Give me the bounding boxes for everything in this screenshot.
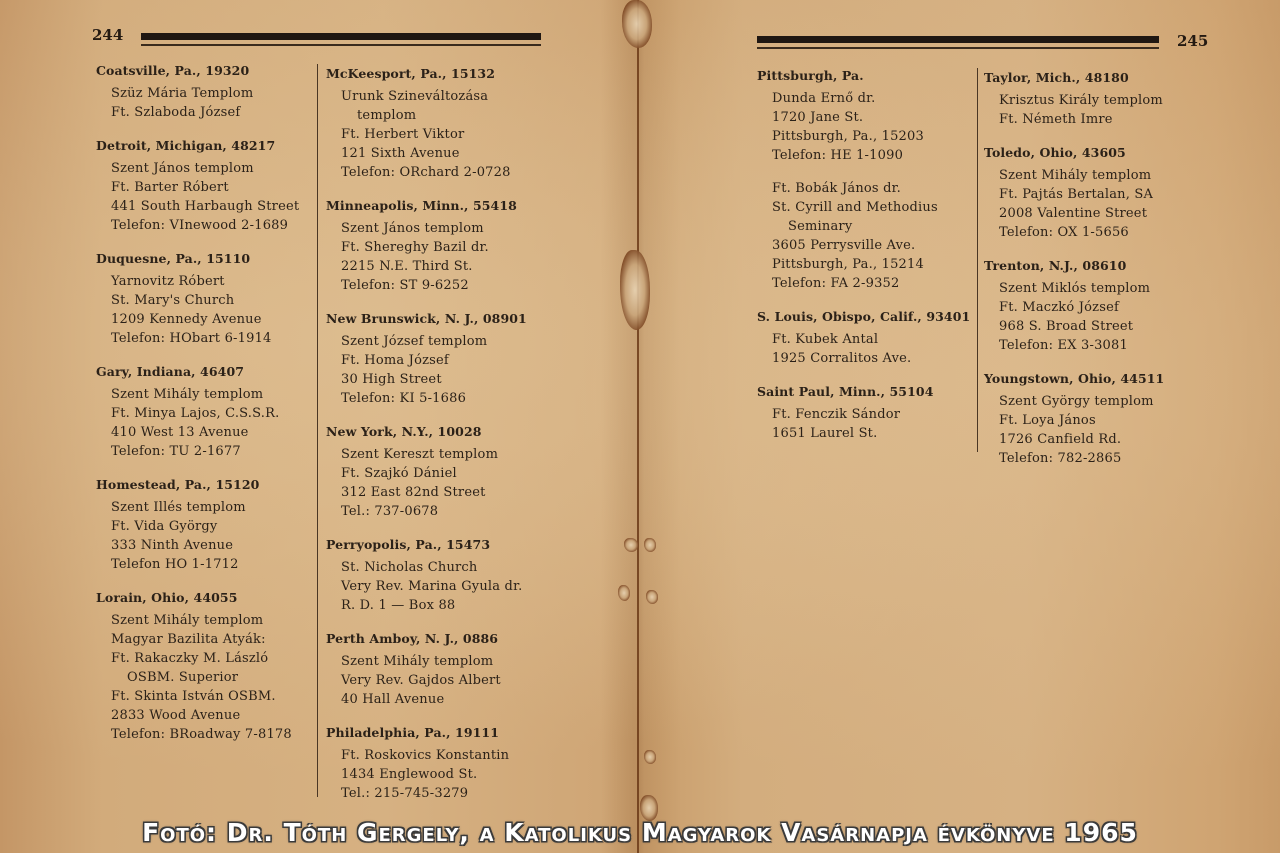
directory-entry: Trenton, N.J., 08610Szent Miklós templom… xyxy=(984,256,1207,355)
directory-entry: Saint Paul, Minn., 55104Ft. Fenczik Sánd… xyxy=(757,382,977,443)
entry-city-heading: Gary, Indiana, 46407 xyxy=(96,362,316,381)
directory-entry: Duquesne, Pa., 15110Yarnovitz RóbertSt. … xyxy=(96,249,316,348)
entry-detail-line: Telefon: FA 2-9352 xyxy=(757,274,977,293)
entry-city-heading: Philadelphia, Pa., 19111 xyxy=(326,723,557,742)
entry-detail-line: Telefon: 782-2865 xyxy=(984,449,1207,468)
entry-detail-line: Szent György templom xyxy=(984,392,1207,411)
tear-mark xyxy=(624,538,638,552)
entry-detail-line: Telefon: VInewood 2-1689 xyxy=(96,216,316,235)
entry-detail-line: Szent Mihály templom xyxy=(96,611,316,630)
directory-entry: Gary, Indiana, 46407Szent Mihály templom… xyxy=(96,362,316,461)
entry-city-heading: New York, N.Y., 10028 xyxy=(326,422,557,441)
entry-detail-line: 1720 Jane St. xyxy=(757,108,977,127)
entry-detail-line: Ft. Fenczik Sándor xyxy=(757,405,977,424)
entry-detail-line: Telefon HO 1-1712 xyxy=(96,555,316,574)
header-rule-thin xyxy=(757,47,1159,49)
entry-detail-line: Szent Mihály templom xyxy=(984,166,1207,185)
header-rule-thick xyxy=(757,36,1159,43)
left-page-column-2: McKeesport, Pa., 15132Urunk Szineváltozá… xyxy=(317,64,557,797)
entry-detail-line: Ft. Shereghy Bazil dr. xyxy=(326,238,557,257)
entry-city-heading: Homestead, Pa., 15120 xyxy=(96,475,316,494)
directory-entry: S. Louis, Obispo, Calif., 93401Ft. Kubek… xyxy=(757,307,977,368)
entry-detail-line: Ft. Skinta István OSBM. xyxy=(96,687,316,706)
entry-detail-line: Ft. Szajkó Dániel xyxy=(326,464,557,483)
entry-detail-line: Ft. Roskovics Konstantin xyxy=(326,746,557,765)
entry-detail-line: 1925 Corralitos Ave. xyxy=(757,349,977,368)
directory-entry: Perth Amboy, N. J., 0886Szent Mihály tem… xyxy=(326,629,557,709)
entry-city-heading: Youngstown, Ohio, 44511 xyxy=(984,369,1207,388)
entry-city-heading: Perryopolis, Pa., 15473 xyxy=(326,535,557,554)
tear-mark xyxy=(618,585,630,601)
entry-detail-line: 1651 Laurel St. xyxy=(757,424,977,443)
entry-detail-line: Ft. Kubek Antal xyxy=(757,330,977,349)
entry-detail-line: 40 Hall Avenue xyxy=(326,690,557,709)
entry-detail-line: Szent Mihály templom xyxy=(326,652,557,671)
entry-detail-line: Ft. Rakaczky M. László xyxy=(96,649,316,668)
book-gutter xyxy=(637,0,639,853)
entry-detail-line: templom xyxy=(326,106,557,125)
directory-entry: Minneapolis, Minn., 55418Szent János tem… xyxy=(326,196,557,295)
entry-detail-line: Telefon: TU 2-1677 xyxy=(96,442,316,461)
tear-mark xyxy=(622,0,652,48)
tear-mark xyxy=(644,750,656,764)
entry-detail-line: Ft. Németh Imre xyxy=(984,110,1207,129)
directory-entry: Homestead, Pa., 15120Szent Illés templom… xyxy=(96,475,316,574)
entry-detail-line: St. Nicholas Church xyxy=(326,558,557,577)
entry-detail-line: Szent Miklós templom xyxy=(984,279,1207,298)
entry-detail-line: Ft. Minya Lajos, C.S.S.R. xyxy=(96,404,316,423)
entry-city-heading: New Brunswick, N. J., 08901 xyxy=(326,309,557,328)
entry-detail-line: 2215 N.E. Third St. xyxy=(326,257,557,276)
entry-detail-line: Telefon: KI 5-1686 xyxy=(326,389,557,408)
entry-detail-line: 410 West 13 Avenue xyxy=(96,423,316,442)
entry-detail-line: Ft. Homa József xyxy=(326,351,557,370)
entry-detail-line: 312 East 82nd Street xyxy=(326,483,557,502)
entry-detail-line: Ft. Vida György xyxy=(96,517,316,536)
entry-subgroup: Ft. Bobák János dr.St. Cyrill and Method… xyxy=(757,179,977,293)
entry-city-heading: McKeesport, Pa., 15132 xyxy=(326,64,557,83)
entry-detail-line: Telefon: HE 1-1090 xyxy=(757,146,977,165)
entry-detail-line: Telefon: HObart 6-1914 xyxy=(96,329,316,348)
entry-detail-line: 1434 Englewood St. xyxy=(326,765,557,784)
entry-city-heading: S. Louis, Obispo, Calif., 93401 xyxy=(757,307,977,326)
entry-detail-line: Szent János templom xyxy=(96,159,316,178)
directory-entry: New Brunswick, N. J., 08901Szent József … xyxy=(326,309,557,408)
entry-detail-line: Telefon: EX 3-3081 xyxy=(984,336,1207,355)
entry-detail-line: 968 S. Broad Street xyxy=(984,317,1207,336)
directory-entry: Detroit, Michigan, 48217Szent János temp… xyxy=(96,136,316,235)
entry-detail-line: Pittsburgh, Pa., 15214 xyxy=(757,255,977,274)
entry-detail-line: 1726 Canfield Rd. xyxy=(984,430,1207,449)
entry-city-heading: Coatsville, Pa., 19320 xyxy=(96,61,316,80)
directory-entry: Philadelphia, Pa., 19111Ft. Roskovics Ko… xyxy=(326,723,557,803)
entry-detail-line: Szent János templom xyxy=(326,219,557,238)
entry-detail-line: Seminary xyxy=(757,217,977,236)
entry-detail-line: Yarnovitz Róbert xyxy=(96,272,316,291)
entry-detail-line: Pittsburgh, Pa., 15203 xyxy=(757,127,977,146)
entry-detail-line: Szent Illés templom xyxy=(96,498,316,517)
entry-detail-line: Tel.: 215-745-3279 xyxy=(326,784,557,803)
entry-detail-line: Szüz Mária Templom xyxy=(96,84,316,103)
entry-detail-line: 121 Sixth Avenue xyxy=(326,144,557,163)
header-rule-thick xyxy=(141,33,541,40)
entry-detail-line: Urunk Szineváltozása xyxy=(326,87,557,106)
entry-detail-line: 441 South Harbaugh Street xyxy=(96,197,316,216)
tear-mark xyxy=(620,250,650,330)
entry-detail-line: St. Mary's Church xyxy=(96,291,316,310)
entry-detail-line: Krisztus Király templom xyxy=(984,91,1207,110)
entry-detail-line: 1209 Kennedy Avenue xyxy=(96,310,316,329)
entry-detail-line: Szent József templom xyxy=(326,332,557,351)
directory-entry: McKeesport, Pa., 15132Urunk Szineváltozá… xyxy=(326,64,557,182)
directory-entry: Coatsville, Pa., 19320Szüz Mária Templom… xyxy=(96,61,316,122)
directory-entry: Youngstown, Ohio, 44511Szent György temp… xyxy=(984,369,1207,468)
entry-detail-line: Dunda Ernő dr. xyxy=(757,89,977,108)
entry-detail-line: Ft. Pajtás Bertalan, SA xyxy=(984,185,1207,204)
entry-detail-line: 30 High Street xyxy=(326,370,557,389)
right-page-column-1: Pittsburgh, Pa.Dunda Ernő dr.1720 Jane S… xyxy=(757,66,977,457)
entry-city-heading: Detroit, Michigan, 48217 xyxy=(96,136,316,155)
photo-credit-caption: Fotó: Dr. Tóth Gergely, a Katolikus Magy… xyxy=(0,818,1280,847)
entry-detail-line: 3605 Perrysville Ave. xyxy=(757,236,977,255)
entry-detail-line: 333 Ninth Avenue xyxy=(96,536,316,555)
gutter-shadow xyxy=(600,0,680,853)
entry-detail-line: Ft. Maczkó József xyxy=(984,298,1207,317)
directory-entry: Toledo, Ohio, 43605Szent Mihály templomF… xyxy=(984,143,1207,242)
entry-detail-line: Telefon: BRoadway 7-8178 xyxy=(96,725,316,744)
header-rule-thin xyxy=(141,44,541,46)
entry-city-heading: Duquesne, Pa., 15110 xyxy=(96,249,316,268)
entry-city-heading: Lorain, Ohio, 44055 xyxy=(96,588,316,607)
directory-entry: New York, N.Y., 10028Szent Kereszt templ… xyxy=(326,422,557,521)
entry-detail-line: Very Rev. Marina Gyula dr. xyxy=(326,577,557,596)
tear-mark xyxy=(644,538,656,552)
entry-city-heading: Perth Amboy, N. J., 0886 xyxy=(326,629,557,648)
entry-detail-line: Ft. Herbert Viktor xyxy=(326,125,557,144)
directory-entry: Lorain, Ohio, 44055Szent Mihály templomM… xyxy=(96,588,316,744)
entry-detail-line: Ft. Loya János xyxy=(984,411,1207,430)
right-page-column-2: Taylor, Mich., 48180Krisztus Király temp… xyxy=(977,68,1207,452)
entry-detail-line: Ft. Barter Róbert xyxy=(96,178,316,197)
entry-detail-line: St. Cyrill and Methodius xyxy=(757,198,977,217)
entry-detail-line: Magyar Bazilita Atyák: xyxy=(96,630,316,649)
directory-entry: Taylor, Mich., 48180Krisztus Király temp… xyxy=(984,68,1207,129)
directory-entry: Perryopolis, Pa., 15473St. Nicholas Chur… xyxy=(326,535,557,615)
entry-city-heading: Saint Paul, Minn., 55104 xyxy=(757,382,977,401)
entry-city-heading: Trenton, N.J., 08610 xyxy=(984,256,1207,275)
entry-detail-line: Telefon: ST 9-6252 xyxy=(326,276,557,295)
entry-detail-line: OSBM. Superior xyxy=(96,668,316,687)
entry-detail-line: Tel.: 737-0678 xyxy=(326,502,557,521)
page-number-left: 244 xyxy=(92,26,123,44)
entry-detail-line: Ft. Szlaboda József xyxy=(96,103,316,122)
entry-detail-line: Szent Mihály templom xyxy=(96,385,316,404)
entry-detail-line: Szent Kereszt templom xyxy=(326,445,557,464)
entry-detail-line: 2008 Valentine Street xyxy=(984,204,1207,223)
entry-city-heading: Minneapolis, Minn., 55418 xyxy=(326,196,557,215)
entry-detail-line: R. D. 1 — Box 88 xyxy=(326,596,557,615)
page-number-right: 245 xyxy=(1177,32,1208,50)
tear-mark xyxy=(646,590,658,604)
entry-detail-line: Telefon: ORchard 2-0728 xyxy=(326,163,557,182)
entry-city-heading: Pittsburgh, Pa. xyxy=(757,66,977,85)
left-page-column-1: Coatsville, Pa., 19320Szüz Mária Templom… xyxy=(96,61,316,758)
entry-detail-line: 2833 Wood Avenue xyxy=(96,706,316,725)
directory-entry: Pittsburgh, Pa.Dunda Ernő dr.1720 Jane S… xyxy=(757,66,977,293)
entry-detail-line: Ft. Bobák János dr. xyxy=(757,179,977,198)
entry-city-heading: Toledo, Ohio, 43605 xyxy=(984,143,1207,162)
entry-detail-line: Very Rev. Gajdos Albert xyxy=(326,671,557,690)
entry-detail-line: Telefon: OX 1-5656 xyxy=(984,223,1207,242)
entry-city-heading: Taylor, Mich., 48180 xyxy=(984,68,1207,87)
